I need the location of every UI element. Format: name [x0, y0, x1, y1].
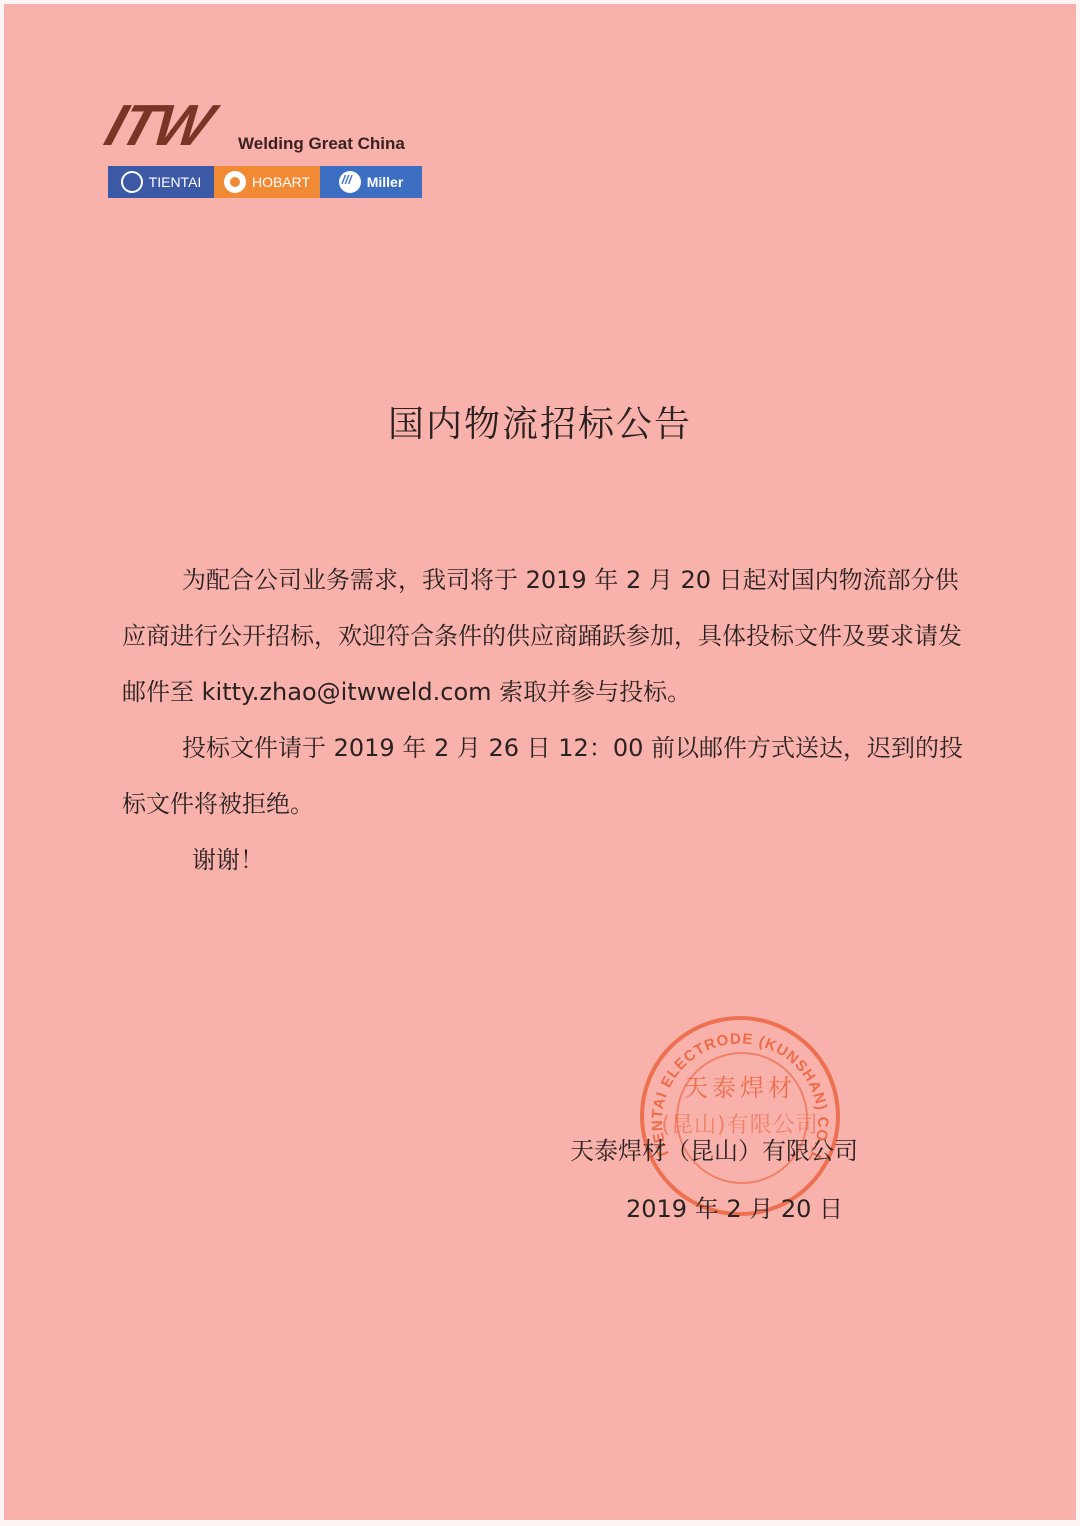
tientai-logo-icon — [121, 171, 143, 193]
itw-logo-mark: ITW — [108, 100, 208, 152]
hobart-logo-icon — [224, 171, 246, 193]
brand-label: TIENTAI — [149, 174, 202, 190]
seal-center-text: 天泰焊材 — [644, 1068, 836, 1103]
brand-hobart: HOBART — [214, 166, 320, 198]
brand-strip: TIENTAI HOBART Miller — [108, 166, 422, 198]
logo-tagline: Welding Great China — [238, 134, 405, 154]
brand-tientai: TIENTAI — [108, 166, 214, 198]
brand-miller: Miller — [320, 166, 422, 198]
closing-thanks: 谢谢！ — [122, 832, 972, 888]
signature-date: 2019 年 2 月 20 日 — [570, 1180, 858, 1238]
itw-logo-text: ITW — [100, 100, 217, 152]
document-page: ITW Welding Great China TIENTAI HOBART M… — [4, 4, 1076, 1520]
miller-logo-icon — [339, 171, 361, 193]
paragraph-2: 投标文件请于 2019 年 2 月 26 日 12：00 前以邮件方式送达，迟到… — [122, 720, 972, 832]
brand-label: HOBART — [252, 174, 310, 190]
brand-label: Miller — [367, 174, 404, 190]
document-body: 为配合公司业务需求，我司将于 2019 年 2 月 20 日起对国内物流部分供应… — [122, 552, 972, 888]
signature-block: 天泰焊材（昆山）有限公司 2019 年 2 月 20 日 — [570, 1122, 858, 1238]
signature-company: 天泰焊材（昆山）有限公司 — [570, 1122, 858, 1180]
company-logo: ITW Welding Great China TIENTAI HOBART M… — [108, 100, 424, 202]
paragraph-1: 为配合公司业务需求，我司将于 2019 年 2 月 20 日起对国内物流部分供应… — [122, 552, 972, 720]
document-title: 国内物流招标公告 — [4, 396, 1076, 447]
